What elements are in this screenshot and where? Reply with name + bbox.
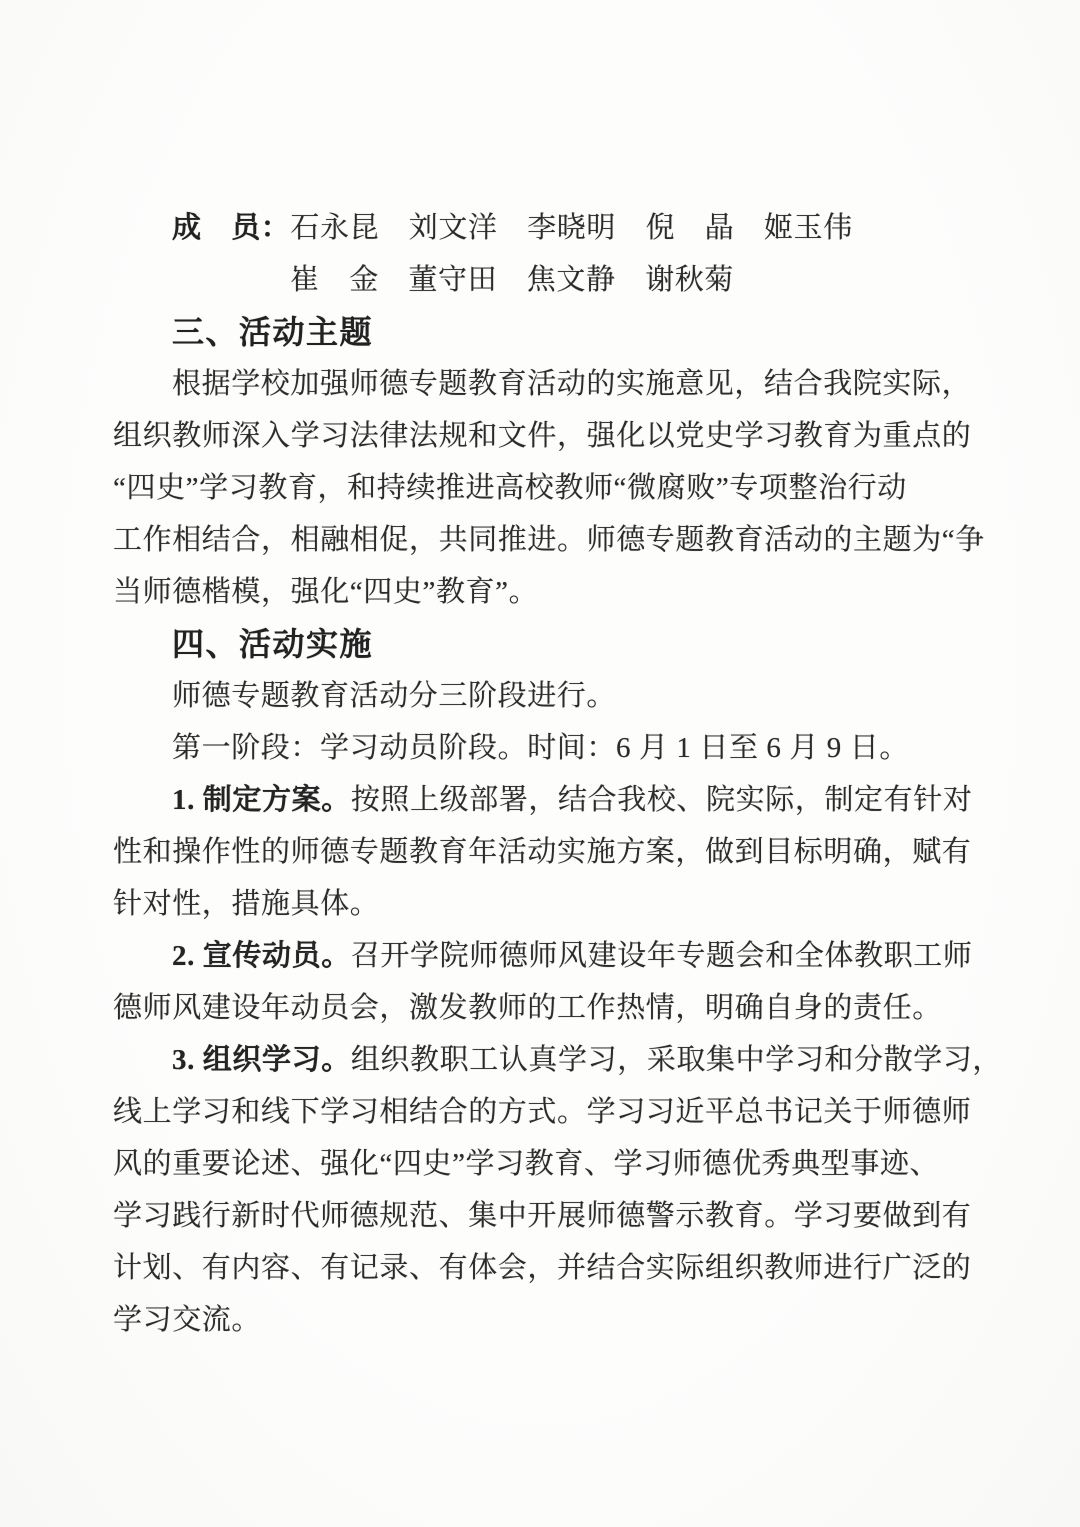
body-line: “四史”学习教育，和持续推进高校教师“微腐败”专项整治行动 [113,462,970,514]
members-label: 成 员： [172,212,290,244]
document-page: 成 员：石永昆 刘文洋 李晓明 倪 晶 姬玉伟 崔 金 董守田 焦文静 谢秋菊 … [0,0,1080,1527]
body-line: 学习践行新时代师德规范、集中开展师德警示教育。学习要做到有 [113,1190,970,1242]
item-1-first-line: 1. 制定方案。按照上级部署，结合我校、院实际，制定有针对 [113,774,970,826]
body-line: 针对性，措施具体。 [113,878,970,930]
body-line: 学习交流。 [113,1294,970,1346]
body-line: 工作相结合，相融相促，共同推进。师德专题教育活动的主题为“争 [113,514,970,566]
item-2-label: 2. 宣传动员。 [172,940,351,972]
members-names-row1: 石永昆 刘文洋 李晓明 倪 晶 姬玉伟 [290,212,852,244]
item-2-text: 召开学院师德师风建设年专题会和全体教职工师 [351,940,973,972]
members-names-row2: 崔 金 董守田 焦文静 谢秋菊 [290,264,734,296]
item-3-label: 3. 组织学习。 [172,1044,351,1076]
body-line: 线上学习和线下学习相结合的方式。学习习近平总书记关于师德师 [113,1086,970,1138]
document-text-block: 成 员：石永昆 刘文洋 李晓明 倪 晶 姬玉伟 崔 金 董守田 焦文静 谢秋菊 … [113,202,970,1346]
body-line: 风的重要论述、强化“四史”学习教育、学习师德优秀典型事迹、 [113,1138,970,1190]
item-1-text: 按照上级部署，结合我校、院实际，制定有针对 [351,784,973,816]
body-line: 计划、有内容、有记录、有体会，并结合实际组织教师进行广泛的 [113,1242,970,1294]
body-line: 根据学校加强师德专题教育活动的实施意见，结合我院实际， [113,358,970,410]
body-line: 德师风建设年动员会，激发教师的工作热情，明确自身的责任。 [113,982,970,1034]
item-3-text: 组织教职工认真学习，采取集中学习和分散学习， [351,1044,1002,1076]
body-line: 性和操作性的师德专题教育年活动实施方案，做到目标明确，赋有 [113,826,970,878]
section-three-heading: 三、活动主题 [113,306,970,358]
body-line: 第一阶段：学习动员阶段。时间：6 月 1 日至 6 月 9 日。 [113,722,970,774]
members-line-1: 成 员：石永昆 刘文洋 李晓明 倪 晶 姬玉伟 [113,202,970,254]
item-1-label: 1. 制定方案。 [172,784,351,816]
section-four-heading: 四、活动实施 [113,618,970,670]
item-3-first-line: 3. 组织学习。组织教职工认真学习，采取集中学习和分散学习， [113,1034,970,1086]
body-line: 组织教师深入学习法律法规和文件，强化以党史学习教育为重点的 [113,410,970,462]
members-line-2: 崔 金 董守田 焦文静 谢秋菊 [113,254,970,306]
body-line: 当师德楷模，强化“四史”教育”。 [113,566,970,618]
body-line: 师德专题教育活动分三阶段进行。 [113,670,970,722]
item-2-first-line: 2. 宣传动员。召开学院师德师风建设年专题会和全体教职工师 [113,930,970,982]
